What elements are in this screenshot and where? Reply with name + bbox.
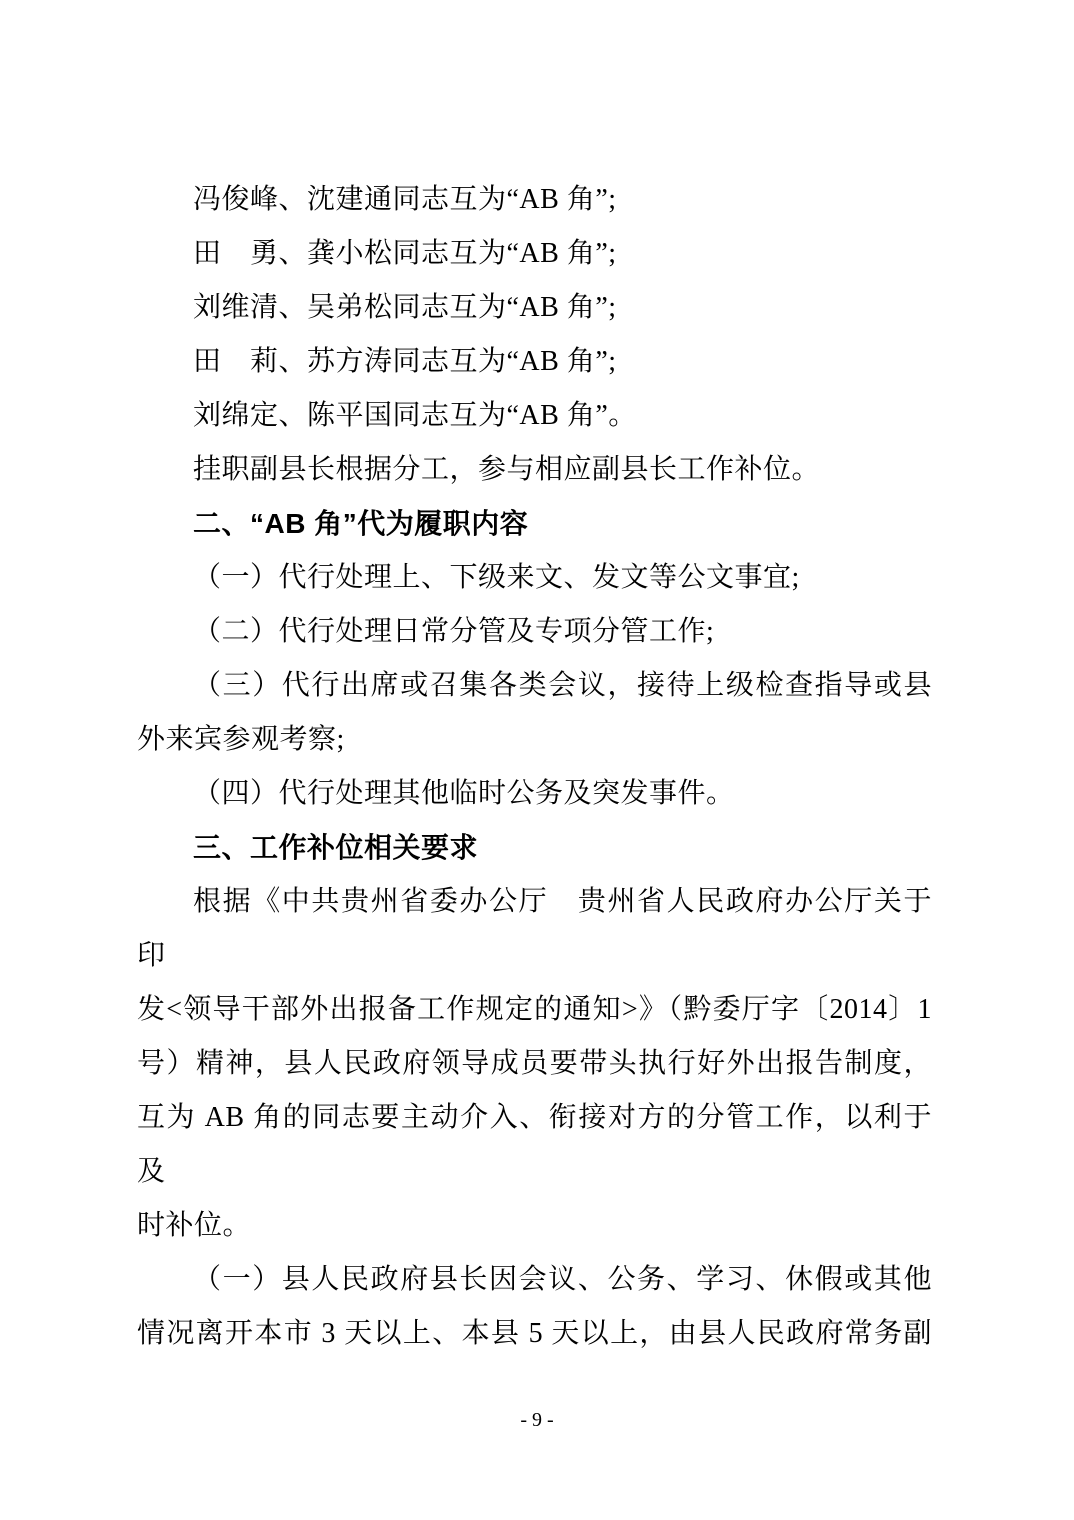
section-heading-3: 三、工作补位相关要求 [137,821,932,875]
doc-line: 冯俊峰、沈建通同志互为“AB 角”; [137,173,932,227]
doc-line: （三）代行出席或召集各类会议，接待上级检查指导或县 [137,659,932,713]
doc-line: 外来宾参观考察; [137,713,932,767]
doc-line: 田 莉、苏方涛同志互为“AB 角”; [137,335,932,389]
doc-line: 根据《中共贵州省委办公厅 贵州省人民政府办公厅关于印 [137,875,932,983]
document-body: 冯俊峰、沈建通同志互为“AB 角”; 田 勇、龚小松同志互为“AB 角”; 刘维… [137,173,932,1361]
doc-line: 号）精神，县人民政府领导成员要带头执行好外出报告制度， [137,1037,932,1091]
doc-line: （二）代行处理日常分管及专项分管工作; [137,605,932,659]
doc-line: 发<领导干部外出报备工作规定的通知>》（黔委厅字〔2014〕1 [137,983,932,1037]
doc-line: （一）县人民政府县长因会议、公务、学习、休假或其他 [137,1253,932,1307]
doc-line: （四）代行处理其他临时公务及突发事件。 [137,767,932,821]
doc-line: 刘绵定、陈平国同志互为“AB 角”。 [137,389,932,443]
doc-line: 田 勇、龚小松同志互为“AB 角”; [137,227,932,281]
document-page: 冯俊峰、沈建通同志互为“AB 角”; 田 勇、龚小松同志互为“AB 角”; 刘维… [0,0,1074,1520]
doc-line: 互为 AB 角的同志要主动介入、衔接对方的分管工作，以利于及 [137,1091,932,1199]
doc-line: （一）代行处理上、下级来文、发文等公文事宜; [137,551,932,605]
doc-line: 刘维清、吴弟松同志互为“AB 角”; [137,281,932,335]
section-heading-2: 二、“AB 角”代为履职内容 [137,497,932,551]
doc-line: 情况离开本市 3 天以上、本县 5 天以上，由县人民政府常务副 [137,1307,932,1361]
page-number: - 9 - [0,1406,1074,1434]
doc-line: 时补位。 [137,1199,932,1253]
doc-line: 挂职副县长根据分工，参与相应副县长工作补位。 [137,443,932,497]
